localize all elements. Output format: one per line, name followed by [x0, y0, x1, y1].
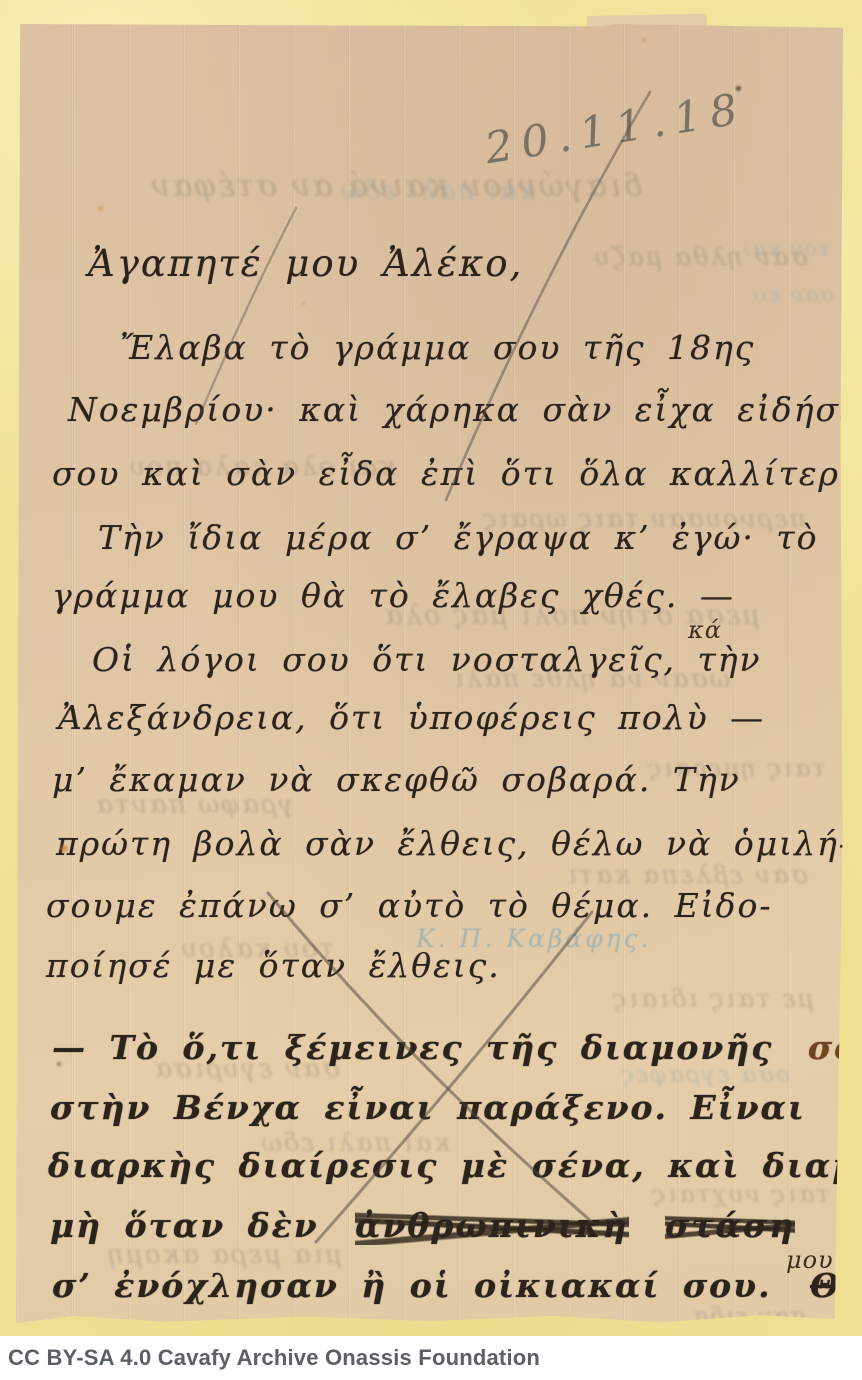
handwriting-line: μὴ ὅταν δὲν ἀνθρωπινικὴ στάση [50, 1206, 795, 1245]
line-text: σ’ ἐνόχλησαν ἢ οἱ οἰκιακαί σου. [52, 1266, 772, 1305]
foxing-spot [60, 845, 68, 852]
foxing-spot [642, 38, 646, 42]
handwriting-line: Νοεμβρίου· καὶ χάρηκα σὰν εἶχα εἰδήσεις [68, 390, 862, 429]
foxing-spot [98, 206, 103, 211]
handwriting-line: διαρκὴς διαίρεσις μὲ σένα, καὶ διαμονὴ [48, 1146, 862, 1185]
handwriting-line: σουμε ἐπάνω σ’ αὐτὸ τὸ θέμα. Εἰδο- [46, 886, 773, 925]
handwriting-line: — Τὸ ὅ,τι ξέμεινες τῆς διαμονῆς σου [52, 1028, 862, 1067]
handwriting-line: μ’ ἔκαμαν νὰ σκεφθῶ σοβαρά. Τὴν [52, 760, 741, 799]
date-annotation: 20.11.18 [482, 84, 750, 175]
foxing-spot [302, 302, 305, 305]
handwriting-line: Ἀλεξάνδρεια, ὅτι ὑποφέρεις πολὺ — [58, 698, 765, 737]
license-caption: CC BY-SA 4.0 Cavafy Archive Onassis Foun… [0, 1345, 540, 1371]
ink-spot [57, 1062, 61, 1066]
bleedthrough-line: με ταις ιδιαις [484, 984, 814, 1013]
interlinear-insertion: κά [688, 616, 722, 644]
crossed-out-word: ἀνθρωπινικὴ [355, 1206, 628, 1245]
handwriting-line: σ’ ἐνόχλησαν ἢ οἱ οἰκιακαί σου. Θὰ [52, 1266, 862, 1305]
handwriting-line: Οἱ λόγοι σου ὅτι νοσταλγεῖς, τὴν [92, 640, 762, 679]
handwriting-line: γράμμα μου θὰ τὸ ἔλαβες χθές. — [52, 576, 735, 615]
handwriting-line: ποίησέ με ὅταν ἔλθεις. [46, 946, 501, 985]
bleedthrough-line: του καλου [744, 236, 830, 260]
crossed-out-word: στάση [665, 1206, 795, 1245]
line-text: — Τὸ ὅ,τι ξέμεινες τῆς διαμονῆς [52, 1028, 773, 1067]
bleedthrough-line: διαγώνιον καινά αν στέφαν [42, 168, 642, 204]
letter-page: διαγώνιον καινά αν στέφαν και παλι εδω σ… [16, 24, 843, 1325]
ink-spot [736, 86, 741, 91]
handwriting-line: στὴν Βένχα εἶναι παράξενο. Εἶναι [50, 1088, 806, 1127]
handwriting-line: Ἔλαβα τὸ γράμμα σου τῆς 18ης [120, 328, 755, 367]
handwriting-line: Τὴν ἴδια μέρα σ’ ἔγραψα κ’ ἐγώ· τὸ [98, 518, 819, 557]
salutation-line: Ἀγαπητέ μου Ἀλέκο, [88, 242, 523, 285]
bleedthrough-line: σαν ειδα [754, 282, 834, 306]
bleedthrough-line: και παλι εδω [236, 176, 536, 206]
bleedthrough-line: σαν εβλεπα κατι [478, 860, 808, 889]
line-text: μὴ ὅταν δὲν [50, 1206, 319, 1245]
handwriting-line: σου καὶ σὰν εἶδα ἐπὶ ὅτι ὅλα καλλίτερα. [52, 454, 862, 493]
license-caption-bar: CC BY-SA 4.0 Cavafy Archive Onassis Foun… [0, 1336, 862, 1380]
handwriting-line: πρώτη βολὰ σὰν ἔλθεις, θέλω νὰ ὁμιλή- [56, 824, 852, 863]
